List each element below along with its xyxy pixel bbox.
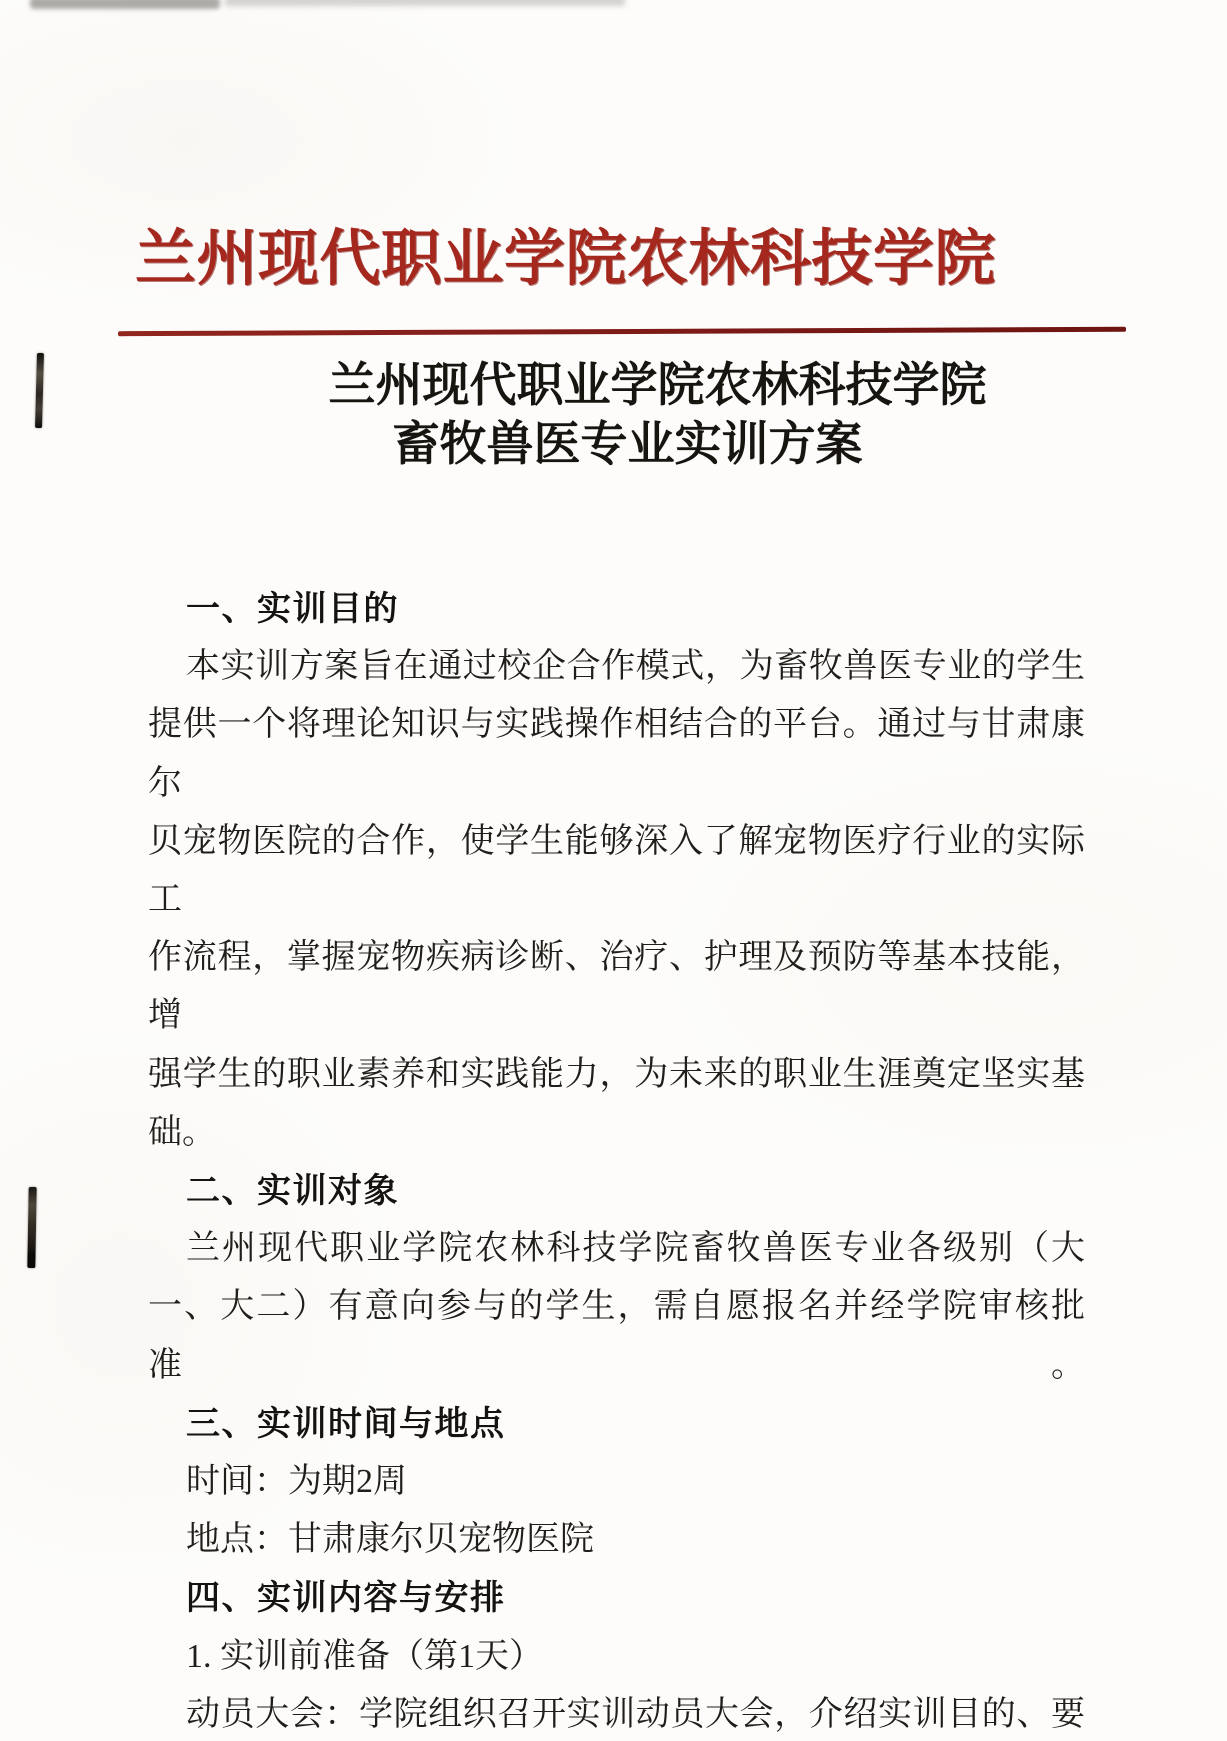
body-line: 兰州现代职业学院农林科技学院畜牧兽医专业各级别（大 [148,1220,1085,1278]
document-title-line2: 畜牧兽医专业实训方案 [14,416,1227,475]
document-title: 兰州现代职业学院农林科技学院 畜牧兽医专业实训方案 [0,357,1227,475]
body-line-time: 时间：为期2周 [148,1453,1085,1511]
document-page: 兰州现代职业学院农林科技学院 兰州现代职业学院农林科技学院 畜牧兽医专业实训方案… [0,0,1227,1741]
body-line: 提供一个将理论知识与实践操作相结合的平台。通过与甘肃康尔 [148,696,1085,812]
body-line-step1: 1. 实训前准备（第1天） [148,1628,1085,1686]
section-heading-time-place: 三、实训时间与地点 [148,1395,1085,1453]
letterhead-title: 兰州现代职业学院农林科技学院 [0,208,1179,312]
body-line: 一、大二）有意向参与的学生，需自愿报名并经学院审核批准。 [148,1278,1085,1394]
section-heading-content: 四、实训内容与安排 [148,1569,1085,1627]
scan-smudge-mark [225,0,625,6]
body-line: 动员大会：学院组织召开实训动员大会，介绍实训目的、要 [148,1686,1085,1741]
body-line: 础。 [148,1104,1085,1162]
document-title-line1: 兰州现代职业学院农林科技学院 [44,357,1227,416]
body-line: 强学生的职业素养和实践能力，为未来的职业生涯奠定坚实基 [148,1046,1085,1104]
body-line: 作流程，掌握宠物疾病诊断、治疗、护理及预防等基本技能，增 [148,929,1085,1045]
section-heading-purpose: 一、实训目的 [148,580,1085,638]
body-line: 贝宠物医院的合作，使学生能够深入了解宠物医疗行业的实际工 [148,813,1085,929]
letterhead-rule [118,327,1126,336]
body-line-place: 地点：甘肃康尔贝宠物医院 [148,1511,1085,1569]
section-heading-target: 二、实训对象 [148,1162,1085,1220]
document-body: 一、实训目的本实训方案旨在通过校企合作模式，为畜牧兽医专业的学生提供一个将理论知… [148,580,1085,1741]
body-line: 本实训方案旨在通过校企合作模式，为畜牧兽医专业的学生 [148,638,1085,696]
staple-mark [27,1187,36,1268]
scan-smudge-mark [30,0,220,9]
